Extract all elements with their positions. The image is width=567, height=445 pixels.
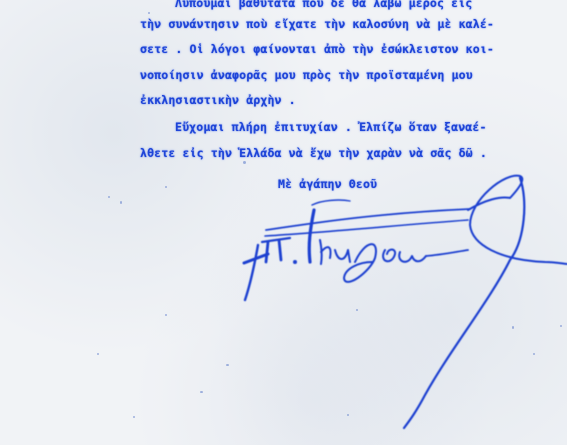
- paper-speck: [347, 414, 349, 416]
- paper-speck: [165, 314, 167, 316]
- paper-speck: [108, 196, 110, 198]
- handwritten-signature: [0, 0, 567, 445]
- paper-speck: [226, 364, 229, 366]
- paper-speck: [97, 353, 99, 355]
- paper-speck: [243, 161, 246, 164]
- paper-speck: [133, 416, 135, 418]
- paper-speck: [200, 391, 203, 393]
- paper-speck: [512, 326, 514, 329]
- paper-speck: [165, 186, 167, 188]
- paper-speck: [533, 353, 535, 355]
- paper-speck: [560, 325, 562, 327]
- paper-speck: [148, 12, 150, 14]
- paper-speck: [120, 201, 122, 204]
- paper-speck: [356, 309, 358, 311]
